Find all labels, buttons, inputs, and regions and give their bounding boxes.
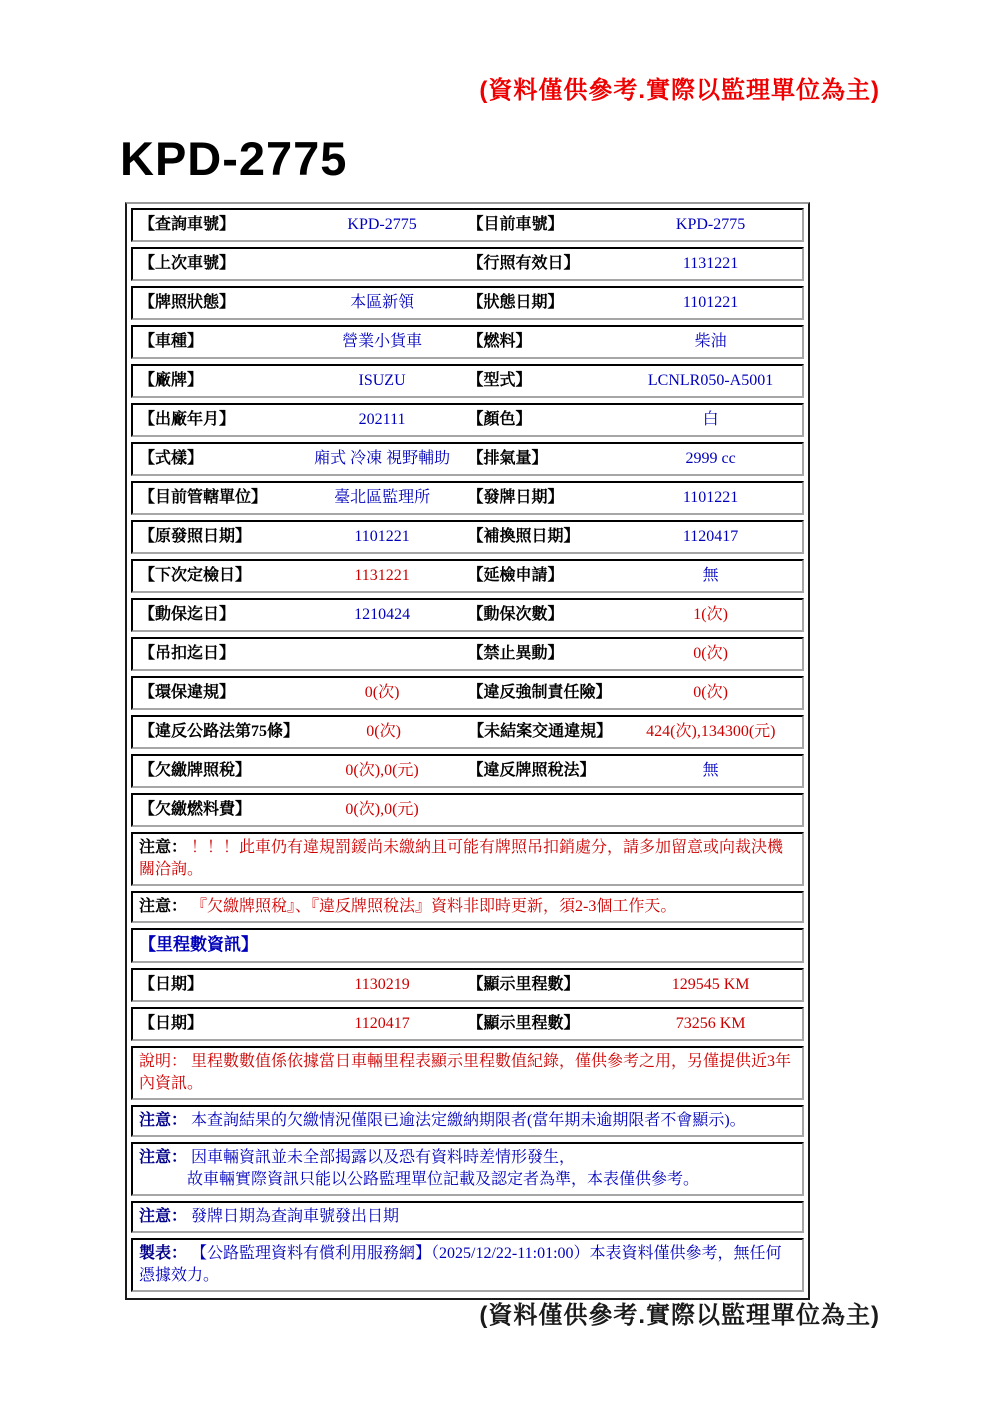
field-label: 【動保次數】 bbox=[467, 605, 625, 625]
field-label: 【未結案交通違規】 bbox=[468, 722, 626, 742]
field-value: 臺北區監理所 bbox=[297, 488, 468, 508]
section-title: 【里程數資訊】 bbox=[139, 935, 258, 954]
note-prefix: 注意： bbox=[139, 1149, 187, 1166]
field-label: 【上次車號】 bbox=[139, 254, 297, 274]
field-label: 【式樣】 bbox=[139, 449, 297, 469]
note-prefix: 注意： bbox=[139, 839, 187, 856]
mileage-section-header: 【里程數資訊】 bbox=[131, 928, 804, 963]
table-row: 【式樣】廂式 冷凍 視野輔助 【排氣量】2999 cc bbox=[131, 442, 804, 476]
table-row: 【欠繳牌照稅】0(次),0(元) 【違反牌照稅法】無 bbox=[131, 754, 804, 788]
field-label: 【查詢車號】 bbox=[139, 215, 297, 235]
bottom-disclaimer: (資料僅供參考.實際以監理單位為主) bbox=[0, 1295, 992, 1330]
field-label: 【車種】 bbox=[139, 332, 297, 352]
field-label: 【禁止異動】 bbox=[467, 644, 625, 664]
field-value: KPD-2775 bbox=[625, 215, 796, 235]
field-label: 【排氣量】 bbox=[467, 449, 625, 469]
note-prefix: 注意： bbox=[139, 898, 187, 915]
note-text: 發牌日期為查詢車號發出日期 bbox=[191, 1208, 399, 1225]
field-value: 73256 KM bbox=[625, 1014, 796, 1034]
note-text: 『欠繳牌照稅』、『違反牌照稅法』資料非即時更新，須2-3個工作天。 bbox=[191, 898, 676, 915]
field-value: 無 bbox=[625, 566, 796, 586]
field-value: 424(次),134300(元) bbox=[626, 722, 796, 742]
field-value: 129545 KM bbox=[625, 975, 796, 995]
field-label: 【行照有效日】 bbox=[467, 254, 625, 274]
table-row: 【廠牌】ISUZU 【型式】LCNLR050-A5001 bbox=[131, 364, 804, 398]
field-label bbox=[467, 800, 625, 820]
table-row: 【查詢車號】KPD-2775 【目前車號】KPD-2775 bbox=[131, 208, 804, 242]
field-label: 【違反公路法第75條】 bbox=[139, 722, 299, 742]
field-label: 【廠牌】 bbox=[139, 371, 297, 391]
field-value: 1101221 bbox=[625, 488, 796, 508]
note-text-line2: 故車輛實際資訊只能以公路監理單位記載及認定者為準，本表僅供參考。 bbox=[139, 1169, 796, 1191]
field-label: 【出廠年月】 bbox=[139, 410, 297, 430]
field-value: 無 bbox=[625, 761, 796, 781]
field-value: 1(次) bbox=[625, 605, 796, 625]
field-label: 【違反牌照稅法】 bbox=[467, 761, 625, 781]
mileage-row: 【日期】1130219 【顯示里程數】129545 KM bbox=[131, 968, 804, 1002]
footer-text: 【公路監理資料有償利用服務網】（2025/12/22-11:01:00）本表資料… bbox=[139, 1245, 782, 1284]
top-disclaimer: (資料僅供參考.實際以監理單位為主) bbox=[0, 0, 992, 105]
field-value: 0(次) bbox=[299, 722, 468, 742]
table-row: 【環保違規】0(次) 【違反強制責任險】0(次) bbox=[131, 676, 804, 710]
field-label: 【目前管轄單位】 bbox=[139, 488, 297, 508]
field-label: 【顏色】 bbox=[467, 410, 625, 430]
field-label: 【牌照狀態】 bbox=[139, 293, 297, 313]
field-value: 0(次) bbox=[625, 683, 796, 703]
table-row: 【車種】營業小貨車 【燃料】柴油 bbox=[131, 325, 804, 359]
field-label: 【吊扣迄日】 bbox=[139, 644, 297, 664]
field-value: 1131221 bbox=[297, 566, 468, 586]
field-value: 1210424 bbox=[297, 605, 468, 625]
field-label: 【目前車號】 bbox=[467, 215, 625, 235]
note-prefix: 製表： bbox=[139, 1245, 187, 1262]
table-row: 【下次定檢日】1131221 【延檢申請】無 bbox=[131, 559, 804, 593]
field-value: 營業小貨車 bbox=[297, 332, 468, 352]
vehicle-report-table: 【查詢車號】KPD-2775 【目前車號】KPD-2775 【上次車號】 【行照… bbox=[125, 202, 810, 1300]
warning-note-tax-update-delay: 注意： 『欠繳牌照稅』、『違反牌照稅法』資料非即時更新，須2-3個工作天。 bbox=[131, 891, 804, 923]
field-label: 【顯示里程數】 bbox=[467, 1014, 625, 1034]
field-label: 【原發照日期】 bbox=[139, 527, 297, 547]
warning-note-overdue-scope: 注意： 本查詢結果的欠繳情況僅限已逾法定繳納期限者(當年期未逾期限者不會顯示)。 bbox=[131, 1105, 804, 1137]
report-footer: 製表： 【公路監理資料有償利用服務網】（2025/12/22-11:01:00）… bbox=[131, 1238, 804, 1292]
field-value: 2999 cc bbox=[625, 449, 796, 469]
field-value: 白 bbox=[625, 410, 796, 430]
field-label: 【違反強制責任險】 bbox=[467, 683, 625, 703]
field-value: 1101221 bbox=[297, 527, 468, 547]
field-label: 【欠繳燃料費】 bbox=[139, 800, 297, 820]
field-label: 【日期】 bbox=[139, 1014, 297, 1034]
table-row: 【動保迄日】1210424 【動保次數】1(次) bbox=[131, 598, 804, 632]
note-text: ！！！此車仍有違規罰鍰尚未繳納且可能有牌照吊扣銷處分，請多加留意或向裁決機關洽詢… bbox=[139, 839, 783, 878]
mileage-description-note: 說明： 里程數數值係依據當日車輛里程表顯示里程數值紀錄，僅供參考之用，另僅提供近… bbox=[131, 1046, 804, 1100]
field-value bbox=[297, 644, 468, 664]
table-row: 【欠繳燃料費】0(次),0(元) bbox=[131, 793, 804, 827]
field-value: 0(次),0(元) bbox=[297, 761, 468, 781]
field-value: 1120417 bbox=[625, 527, 796, 547]
field-value bbox=[297, 254, 468, 274]
field-value: 0(次) bbox=[297, 683, 468, 703]
field-label: 【環保違規】 bbox=[139, 683, 297, 703]
field-value: 202111 bbox=[297, 410, 468, 430]
note-text: 里程數數值係依據當日車輛里程表顯示里程數值紀錄，僅供參考之用，另僅提供近3年內資… bbox=[139, 1053, 791, 1092]
table-row: 【上次車號】 【行照有效日】1131221 bbox=[131, 247, 804, 281]
field-label: 【顯示里程數】 bbox=[467, 975, 625, 995]
field-label: 【延檢申請】 bbox=[467, 566, 625, 586]
field-value: 0(次) bbox=[625, 644, 796, 664]
warning-note-unpaid-fines: 注意： ！！！此車仍有違規罰鍰尚未繳納且可能有牌照吊扣銷處分，請多加留意或向裁決… bbox=[131, 832, 804, 886]
table-row: 【原發照日期】1101221 【補換照日期】1120417 bbox=[131, 520, 804, 554]
field-label: 【日期】 bbox=[139, 975, 297, 995]
field-value: 1131221 bbox=[625, 254, 796, 274]
table-row: 【違反公路法第75條】0(次) 【未結案交通違規】424(次),134300(元… bbox=[131, 715, 804, 749]
field-label: 【狀態日期】 bbox=[467, 293, 625, 313]
field-value: 1101221 bbox=[625, 293, 796, 313]
field-label: 【補換照日期】 bbox=[467, 527, 625, 547]
field-value: 1130219 bbox=[297, 975, 468, 995]
note-prefix: 注意： bbox=[139, 1112, 187, 1129]
field-label: 【燃料】 bbox=[467, 332, 625, 352]
field-value: 1120417 bbox=[297, 1014, 468, 1034]
field-value: LCNLR050-A5001 bbox=[625, 371, 796, 391]
table-row: 【目前管轄單位】臺北區監理所 【發牌日期】1101221 bbox=[131, 481, 804, 515]
field-label: 【發牌日期】 bbox=[467, 488, 625, 508]
field-value: KPD-2775 bbox=[297, 215, 468, 235]
page-title-plate-number: KPD-2775 bbox=[120, 131, 992, 186]
field-label: 【下次定檢日】 bbox=[139, 566, 297, 586]
note-prefix: 注意： bbox=[139, 1208, 187, 1225]
note-text-line1: 因車輛資訊並未全部揭露以及恐有資料時差情形發生， bbox=[191, 1149, 575, 1166]
table-row: 【出廠年月】202111 【顏色】白 bbox=[131, 403, 804, 437]
warning-note-plate-issue-date: 注意： 發牌日期為查詢車號發出日期 bbox=[131, 1201, 804, 1233]
warning-note-data-lag: 注意： 因車輛資訊並未全部揭露以及恐有資料時差情形發生， 故車輛實際資訊只能以公… bbox=[131, 1142, 804, 1196]
table-row: 【吊扣迄日】 【禁止異動】0(次) bbox=[131, 637, 804, 671]
table-row: 【牌照狀態】本區新領 【狀態日期】1101221 bbox=[131, 286, 804, 320]
field-value: 廂式 冷凍 視野輔助 bbox=[297, 449, 468, 469]
note-prefix: 說明： bbox=[139, 1053, 187, 1070]
field-value bbox=[625, 800, 796, 820]
field-value: 本區新領 bbox=[297, 293, 468, 313]
field-value: 0(次),0(元) bbox=[297, 800, 468, 820]
field-label: 【動保迄日】 bbox=[139, 605, 297, 625]
field-value: 柴油 bbox=[625, 332, 796, 352]
field-label: 【型式】 bbox=[467, 371, 625, 391]
field-label: 【欠繳牌照稅】 bbox=[139, 761, 297, 781]
field-value: ISUZU bbox=[297, 371, 468, 391]
mileage-row: 【日期】1120417 【顯示里程數】73256 KM bbox=[131, 1007, 804, 1041]
note-text: 本查詢結果的欠繳情況僅限已逾法定繳納期限者(當年期未逾期限者不會顯示)。 bbox=[191, 1112, 746, 1129]
